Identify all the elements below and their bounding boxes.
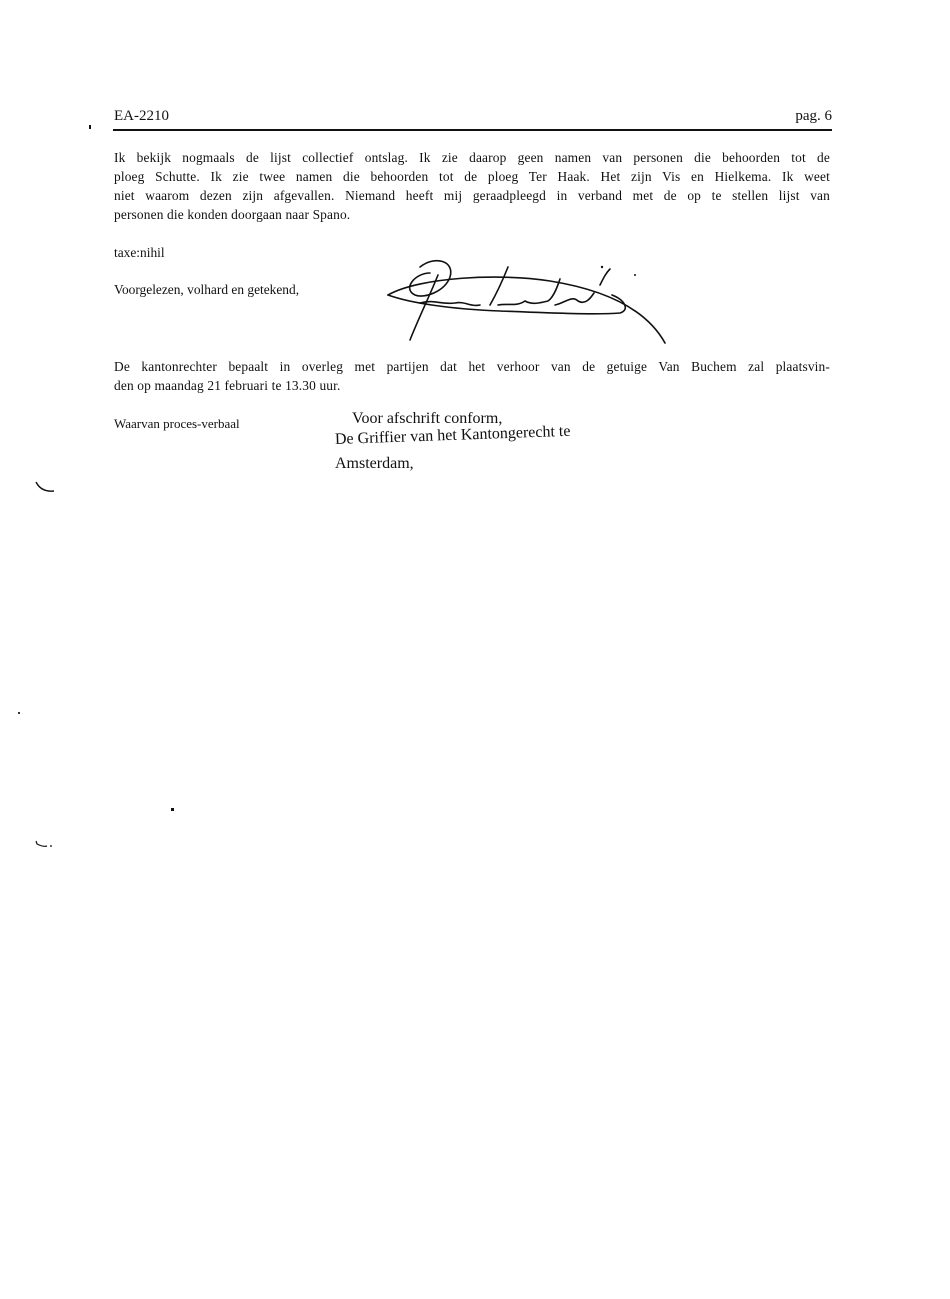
stamp-line-3: Amsterdam,: [335, 455, 414, 473]
scan-mark-icon: [34, 840, 56, 850]
scan-dot: [18, 712, 20, 714]
header-rule: [113, 129, 832, 131]
paragraph-line: den op maandag 21 februari te 13.30 uur.: [114, 376, 830, 395]
paragraph-line: De kantonrechter bepaalt in overleg met …: [114, 357, 830, 376]
ruling-paragraph: De kantonrechter bepaalt in overleg met …: [114, 357, 830, 395]
taxe-note: taxe:nihil: [114, 245, 165, 261]
testimony-paragraph: Ik bekijk nogmaals de lijst collectief o…: [114, 148, 830, 224]
scan-dot: [89, 125, 91, 129]
paragraph-line: ploeg Schutte. Ik zie twee namen die beh…: [114, 167, 830, 186]
paragraph-line: personen die konden doorgaan naar Spano.: [114, 205, 830, 224]
scan-mark-icon: [34, 480, 58, 494]
closing-statement: Waarvan proces-verbaal: [114, 416, 240, 432]
scan-dot: [171, 808, 174, 811]
document-id: EA-2210: [114, 108, 169, 125]
page-number: pag. 6: [795, 108, 832, 125]
signed-statement: Voorgelezen, volhard en getekend,: [114, 282, 299, 298]
paragraph-line: niet waarom dezen zijn afgevallen. Niema…: [114, 186, 830, 205]
handwritten-signature-icon: [380, 255, 680, 350]
paragraph-line: Ik bekijk nogmaals de lijst collectief o…: [114, 148, 830, 167]
